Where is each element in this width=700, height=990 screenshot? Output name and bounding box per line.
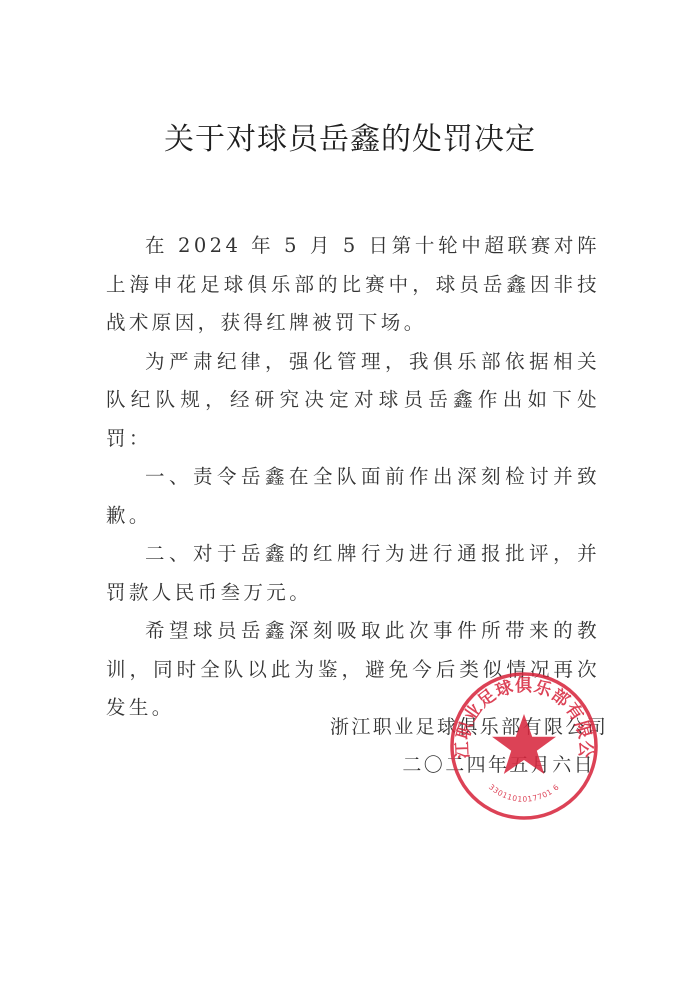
seal-number: 3301101017701 6 [487,782,561,803]
paragraph-penalty-1: 一、责令岳鑫在全队面前作出深刻检讨并致歉。 [106,458,600,535]
svg-text:3301101017701 6: 3301101017701 6 [487,782,561,803]
signature-block: 浙江职业足球俱乐部有限公司 二〇二四年五月六日 [330,708,595,784]
paragraph-incident: 在 2024 年 5 月 5 日第十轮中超联赛对阵上海申花足球俱乐部的比赛中，球… [106,227,600,343]
document-title: 关于对球员岳鑫的处罚决定 [0,120,700,160]
signature-organization: 浙江职业足球俱乐部有限公司 [330,708,595,746]
document-page: 关于对球员岳鑫的处罚决定 在 2024 年 5 月 5 日第十轮中超联赛对阵上海… [0,0,700,990]
paragraph-penalty-2: 二、对于岳鑫的红牌行为进行通报批评，并罚款人民币叁万元。 [106,535,600,612]
document-body: 在 2024 年 5 月 5 日第十轮中超联赛对阵上海申花足球俱乐部的比赛中，球… [106,227,600,728]
signature-date: 二〇二四年五月六日 [330,746,595,784]
paragraph-decision-intro: 为严肃纪律，强化管理，我俱乐部依据相关队纪队规，经研究决定对球员岳鑫作出如下处罚… [106,343,600,459]
